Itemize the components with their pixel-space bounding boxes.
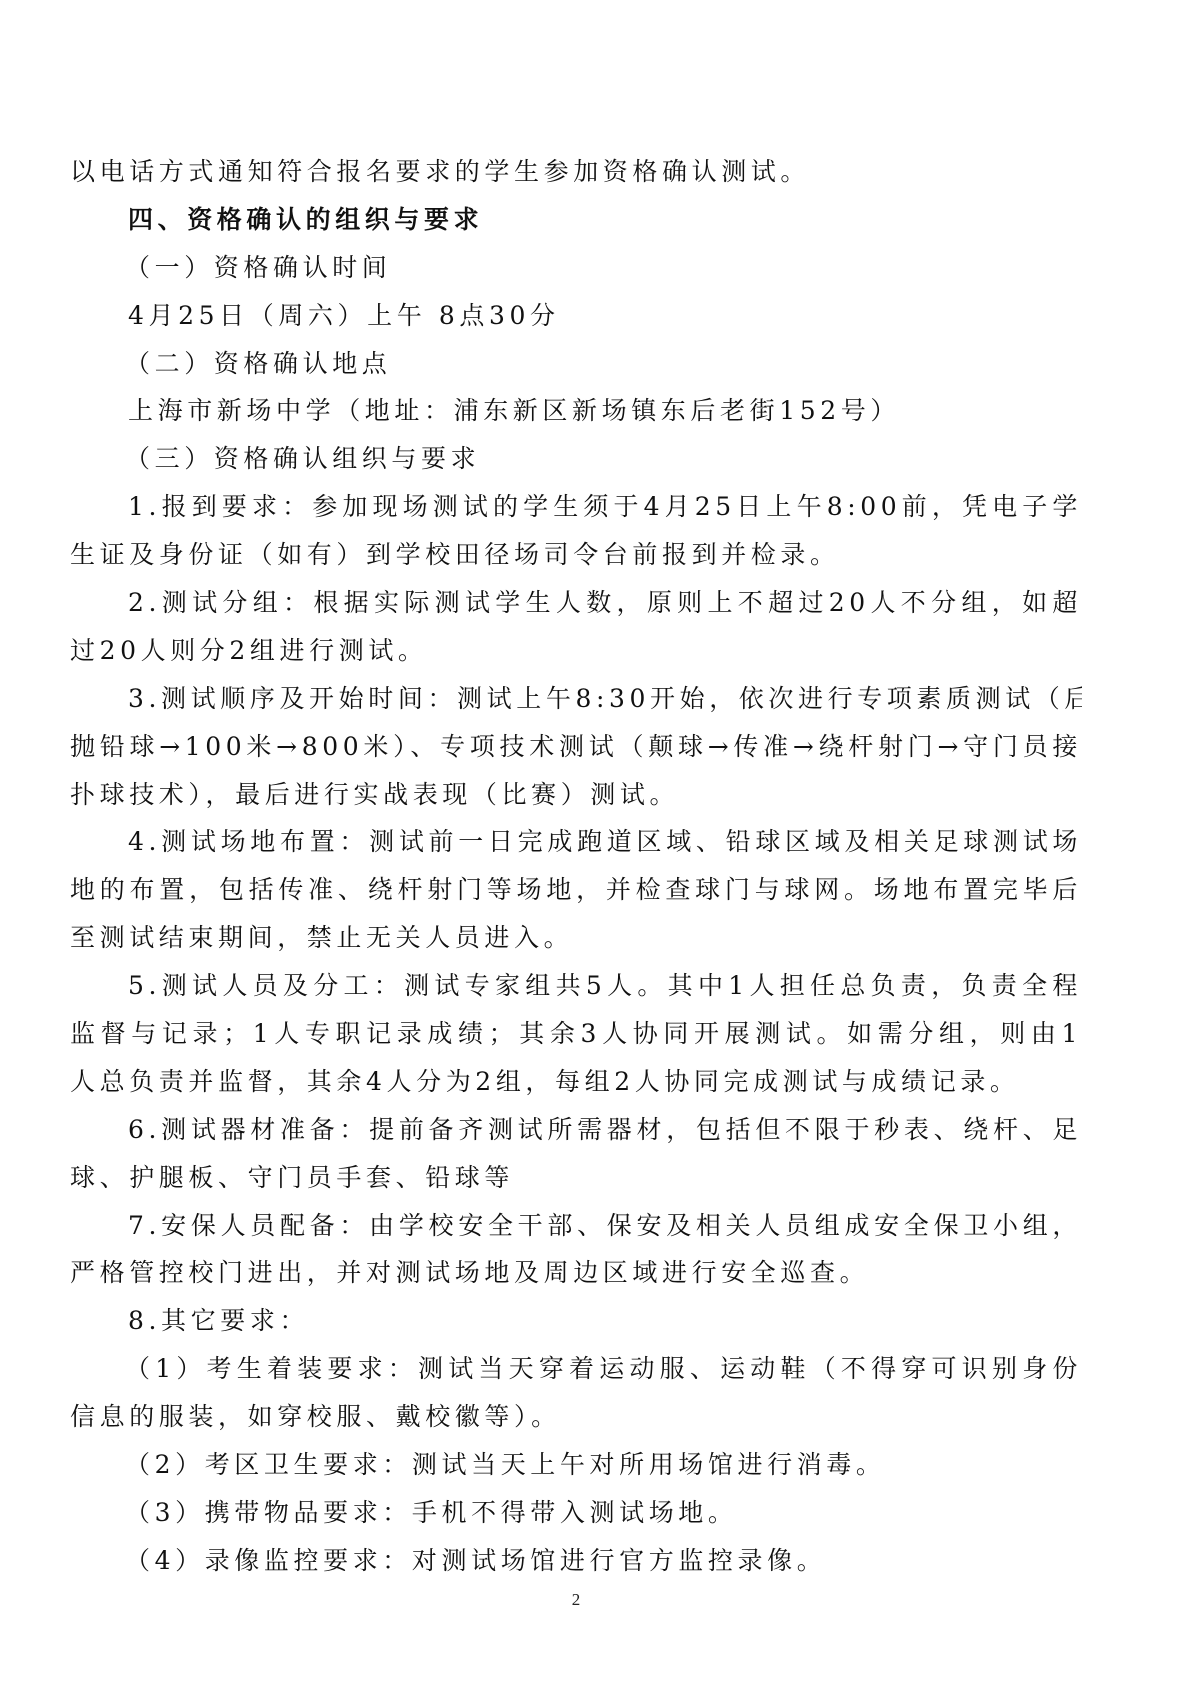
sub-item-1-line: （1）考生着装要求：测试当天穿着运动服、运动鞋（不得穿可识别身份 bbox=[70, 1345, 1082, 1393]
item-3-line: 3.测试顺序及开始时间：测试上午8:30开始，依次进行专项素质测试（后 bbox=[70, 675, 1082, 723]
item-1-line: 1.报到要求：参加现场测试的学生须于4月25日上午8:00前，凭电子学 bbox=[70, 483, 1082, 531]
item-6-line: 6.测试器材准备：提前备齐测试所需器材，包括但不限于秒表、绕杆、足 bbox=[70, 1106, 1082, 1154]
section-heading: 四、资格确认的组织与要求 bbox=[70, 196, 1082, 244]
item-2-line: 2.测试分组：根据实际测试学生人数，原则上不超过20人不分组，如超 bbox=[70, 579, 1082, 627]
item-1-line: 生证及身份证（如有）到学校田径场司令台前报到并检录。 bbox=[70, 531, 1082, 579]
item-4-line: 4.测试场地布置：测试前一日完成跑道区域、铅球区域及相关足球测试场 bbox=[70, 818, 1082, 866]
sub-item-1-line: 信息的服装，如穿校服、戴校徽等）。 bbox=[70, 1393, 1082, 1441]
item-3-line: 抛铅球→100米→800米）、专项技术测试（颠球→传准→绕杆射门→守门员接 bbox=[70, 723, 1082, 771]
document-page: 以电话方式通知符合报名要求的学生参加资格确认测试。 四、资格确认的组织与要求 （… bbox=[70, 148, 1082, 1585]
page-number: 2 bbox=[569, 1590, 583, 1610]
confirmation-time: 4月25日（周六）上午 8点30分 bbox=[70, 292, 1082, 340]
subsection-heading: （三）资格确认组织与要求 bbox=[70, 435, 1082, 483]
item-6-line: 球、护腿板、守门员手套、铅球等 bbox=[70, 1154, 1082, 1202]
item-5-line: 5.测试人员及分工：测试专家组共5人。其中1人担任总负责，负责全程 bbox=[70, 962, 1082, 1010]
item-4-line: 至测试结束期间，禁止无关人员进入。 bbox=[70, 914, 1082, 962]
item-7-line: 严格管控校门进出，并对测试场地及周边区域进行安全巡查。 bbox=[70, 1249, 1082, 1297]
item-5-line: 人总负责并监督，其余4人分为2组，每组2人协同完成测试与成绩记录。 bbox=[70, 1058, 1082, 1106]
item-4-line: 地的布置，包括传准、绕杆射门等场地，并检查球门与球网。场地布置完毕后 bbox=[70, 866, 1082, 914]
body-text-line: 以电话方式通知符合报名要求的学生参加资格确认测试。 bbox=[70, 148, 1082, 196]
item-5-line: 监督与记录；1人专职记录成绩；其余3人协同开展测试。如需分组，则由1 bbox=[70, 1010, 1082, 1058]
subsection-heading: （二）资格确认地点 bbox=[70, 340, 1082, 388]
item-3-line: 扑球技术），最后进行实战表现（比赛）测试。 bbox=[70, 771, 1082, 819]
sub-item-4: （4）录像监控要求：对测试场馆进行官方监控录像。 bbox=[70, 1537, 1082, 1585]
sub-item-3: （3）携带物品要求：手机不得带入测试场地。 bbox=[70, 1489, 1082, 1537]
item-7-line: 7.安保人员配备：由学校安全干部、保安及相关人员组成安全保卫小组， bbox=[70, 1202, 1082, 1250]
sub-item-2: （2）考区卫生要求：测试当天上午对所用场馆进行消毒。 bbox=[70, 1441, 1082, 1489]
subsection-heading: （一）资格确认时间 bbox=[70, 244, 1082, 292]
item-8-heading: 8.其它要求： bbox=[70, 1297, 1082, 1345]
item-2-line: 过20人则分2组进行测试。 bbox=[70, 627, 1082, 675]
confirmation-location: 上海市新场中学（地址：浦东新区新场镇东后老街152号） bbox=[70, 387, 1082, 435]
